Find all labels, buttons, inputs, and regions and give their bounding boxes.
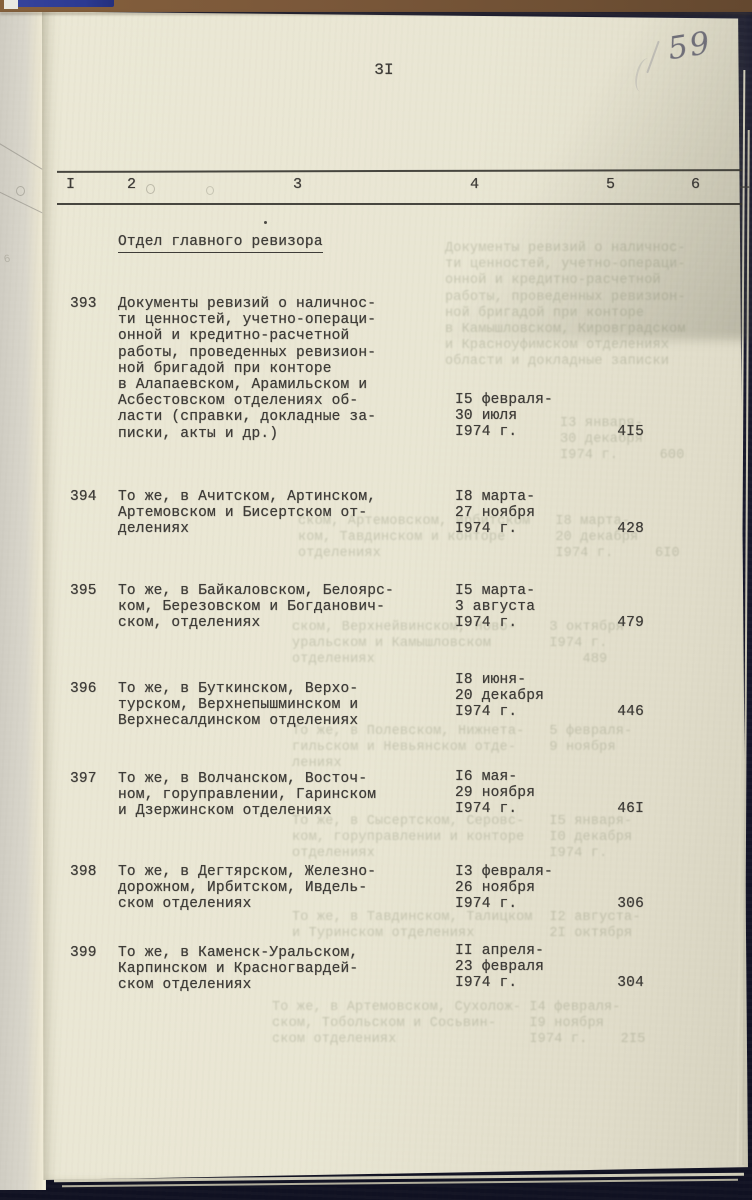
description-line: То же, в Волчанском, Восточ- bbox=[118, 771, 376, 787]
date-line: 26 ноября bbox=[455, 880, 553, 896]
pencil-stroke bbox=[632, 57, 656, 94]
scanned-archive-page: 6 Документы ревизий о наличнос- ти ценно… bbox=[0, 0, 752, 1200]
entry-description: То же, в Дегтярском, Железно-дорожном, И… bbox=[118, 864, 376, 913]
entry-dates: II апреля-23 февраляI974 г. bbox=[455, 943, 544, 992]
scan-speck bbox=[146, 184, 155, 194]
date-line: 29 ноября bbox=[455, 785, 535, 801]
entry-file-count: 4I5 bbox=[560, 424, 644, 440]
date-line: I974 г. bbox=[455, 615, 535, 631]
entry-file-count: 428 bbox=[560, 521, 644, 537]
column-number-6: 6 bbox=[691, 177, 700, 193]
entry-number: 393 bbox=[70, 296, 97, 312]
column-number-3: 3 bbox=[293, 177, 302, 193]
entry-file-count: 46I bbox=[560, 801, 644, 817]
column-number-1: I bbox=[66, 177, 75, 193]
entry-description: Документы ревизий о наличнос-ти ценносте… bbox=[118, 296, 376, 442]
entry-number: 398 bbox=[70, 864, 97, 880]
binding-blue-strip bbox=[16, 0, 114, 7]
header-edge-mark: — bbox=[740, 180, 752, 196]
scan-speck bbox=[206, 186, 214, 195]
description-line: дорожном, Ирбитском, Ивдель- bbox=[118, 880, 376, 896]
entry-number: 394 bbox=[70, 489, 97, 505]
description-line: турском, Верхнепышминском и bbox=[118, 697, 358, 713]
entry-number: 397 bbox=[70, 771, 97, 787]
description-line: Верхнесалдинском отделениях bbox=[118, 713, 358, 729]
date-line: I5 марта- bbox=[455, 583, 535, 599]
binder-strip-shadow bbox=[0, 12, 752, 15]
description-line: ти ценностей, учетно-операци- bbox=[118, 312, 376, 328]
description-line: Карпинском и Красногвардей- bbox=[118, 961, 358, 977]
description-line: То же, в Ачитском, Артинском, bbox=[118, 489, 376, 505]
date-line: I8 июня- bbox=[455, 672, 544, 688]
description-line: Документы ревизий о наличнос- bbox=[118, 296, 376, 312]
entry-number: 396 bbox=[70, 681, 97, 697]
date-line: I974 г. bbox=[455, 801, 535, 817]
column-number-2: 2 bbox=[127, 177, 136, 193]
date-line: I974 г. bbox=[455, 521, 535, 537]
section-heading: Отдел главного ревизора bbox=[118, 234, 323, 253]
date-line: I8 марта- bbox=[455, 489, 535, 505]
entry-description: То же, в Волчанском, Восточ-ном, горупра… bbox=[118, 771, 376, 820]
handwritten-folio-number: 59 bbox=[665, 25, 714, 67]
description-line: в Алапаевском, Арамильском и bbox=[118, 377, 376, 393]
entry-dates: I8 марта-27 ноябряI974 г. bbox=[455, 489, 535, 538]
description-line: То же, в Дегтярском, Железно- bbox=[118, 864, 376, 880]
date-line: 23 февраля bbox=[455, 959, 544, 975]
entry-dates: I5 февраля-30 июляI974 г. bbox=[455, 392, 553, 441]
entry-number: 399 bbox=[70, 945, 97, 961]
description-line: писки, акты и др.) bbox=[118, 426, 376, 442]
entry-description: То же, в Каменск-Уральском,Карпинском и … bbox=[118, 945, 358, 994]
entry-dates: I3 февраля-26 ноябряI974 г. bbox=[455, 864, 553, 913]
column-number-4: 4 bbox=[470, 177, 479, 193]
entry-dates: I8 июня-20 декабряI974 г. bbox=[455, 672, 544, 721]
date-line: I974 г. bbox=[455, 424, 553, 440]
header-rule-bottom bbox=[57, 203, 742, 205]
date-line: 30 июля bbox=[455, 408, 553, 424]
entry-number: 395 bbox=[70, 583, 97, 599]
date-line: II апреля- bbox=[455, 943, 544, 959]
date-line: 3 августа bbox=[455, 599, 535, 615]
date-line: I3 февраля- bbox=[455, 864, 553, 880]
entry-description: То же, в Ачитском, Артинском,Артемовском… bbox=[118, 489, 376, 538]
description-line: ском отделениях bbox=[118, 977, 358, 993]
entry-file-count: 306 bbox=[560, 896, 644, 912]
description-line: и Дзержинском отделениях bbox=[118, 803, 376, 819]
description-line: Асбестовском отделениях об- bbox=[118, 393, 376, 409]
date-line: 20 декабря bbox=[455, 688, 544, 704]
date-line: I974 г. bbox=[455, 704, 544, 720]
date-line: I5 февраля- bbox=[455, 392, 553, 408]
entry-file-count: 479 bbox=[560, 615, 644, 631]
entry-file-count: 446 bbox=[560, 704, 644, 720]
page-number: 3I bbox=[352, 62, 416, 78]
column-number-5: 5 bbox=[606, 177, 615, 193]
date-line: I6 мая- bbox=[455, 769, 535, 785]
date-line: I974 г. bbox=[455, 896, 553, 912]
header-rule-top bbox=[57, 169, 742, 173]
description-line: ском отделениях bbox=[118, 896, 376, 912]
entry-dates: I6 мая-29 ноябряI974 г. bbox=[455, 769, 535, 818]
page-corner-sliver bbox=[4, 0, 18, 9]
description-line: делениях bbox=[118, 521, 376, 537]
description-line: Артемовском и Бисертском от- bbox=[118, 505, 376, 521]
description-line: ском, отделениях bbox=[118, 615, 394, 631]
description-line: ном, горуправлении, Гаринском bbox=[118, 787, 376, 803]
date-line: 27 ноября bbox=[455, 505, 535, 521]
scan-speck bbox=[264, 221, 267, 224]
description-line: ласти (справки, докладные за- bbox=[118, 409, 376, 425]
description-line: ком, Березовском и Богданович- bbox=[118, 599, 394, 615]
entry-file-count: 304 bbox=[560, 975, 644, 991]
entry-description: То же, в Буткинском, Верхо-турском, Верх… bbox=[118, 681, 358, 730]
description-line: То же, в Буткинском, Верхо- bbox=[118, 681, 358, 697]
description-line: То же, в Байкаловском, Белоярс- bbox=[118, 583, 394, 599]
date-line: I974 г. bbox=[455, 975, 544, 991]
description-line: ной бригадой при конторе bbox=[118, 361, 376, 377]
description-line: онной и кредитно-расчетной bbox=[118, 328, 376, 344]
description-line: То же, в Каменск-Уральском, bbox=[118, 945, 358, 961]
description-line: работы, проведенных ревизион- bbox=[118, 345, 376, 361]
entry-dates: I5 марта-3 августаI974 г. bbox=[455, 583, 535, 632]
entry-description: То же, в Байкаловском, Белоярс-ком, Бере… bbox=[118, 583, 394, 632]
